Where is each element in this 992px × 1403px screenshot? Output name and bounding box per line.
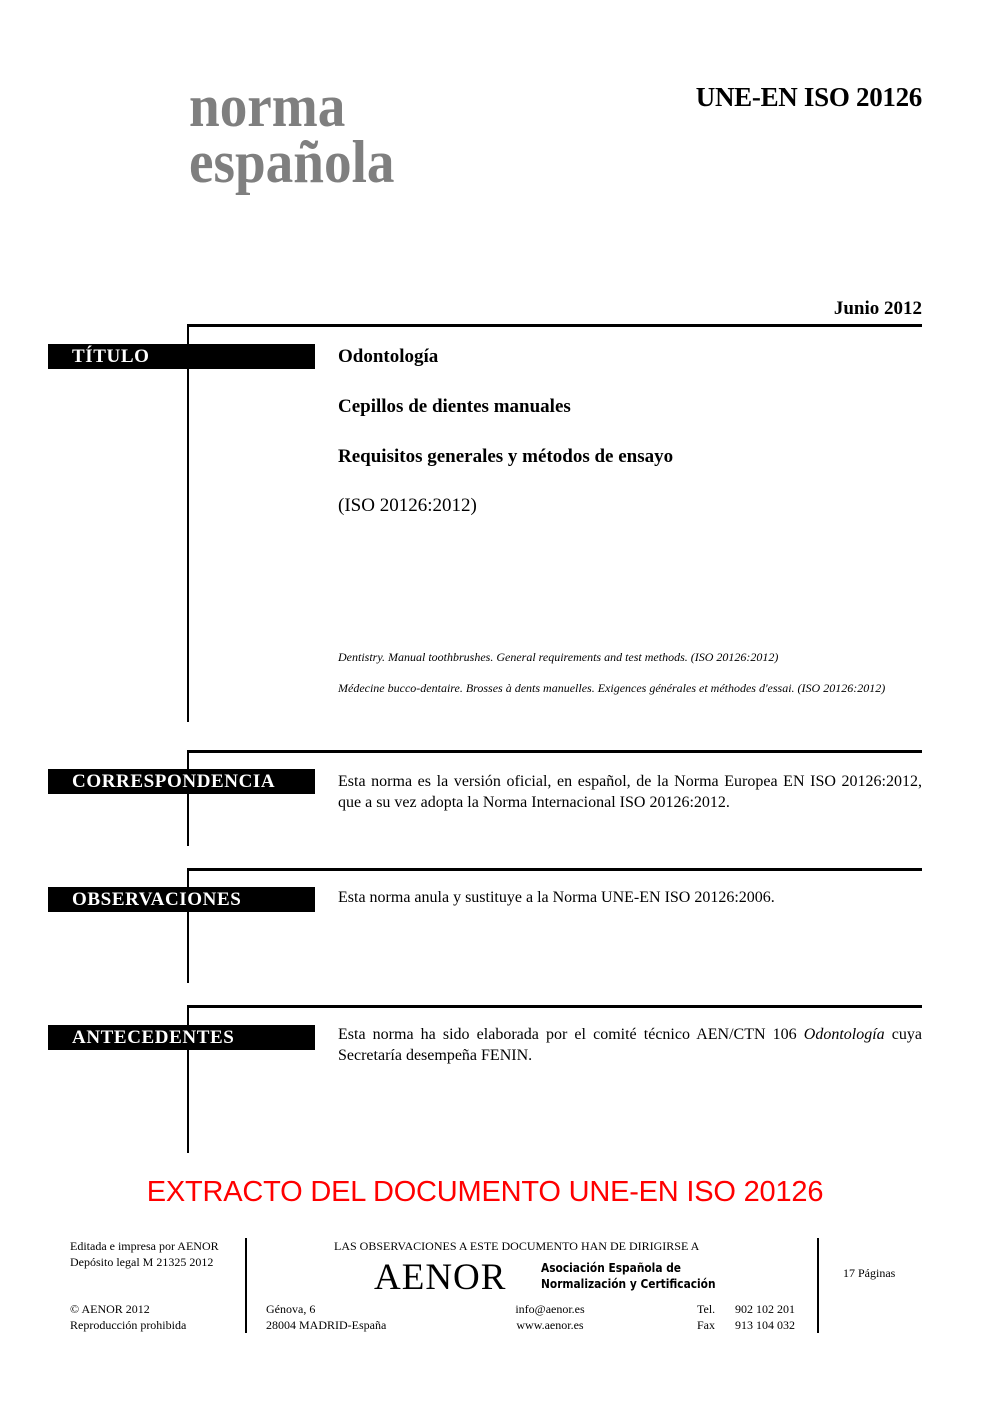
- observations-notice: LAS OBSERVACIONES A ESTE DOCUMENTO HAN D…: [334, 1238, 699, 1254]
- aenor-org-name: Asociación Española de Normalización y C…: [541, 1260, 716, 1292]
- section-divider: [187, 868, 922, 871]
- section-label-observaciones: OBSERVACIONES: [48, 887, 315, 912]
- observaciones-text: Esta norma anula y sustituye a la Norma …: [338, 887, 922, 908]
- antecedentes-text: Esta norma ha sido elaborada por el comi…: [338, 1024, 922, 1066]
- footer-address: Génova, 6 28004 MADRID-España: [266, 1301, 386, 1333]
- footer-phone-values: 902 102 201 913 104 032: [735, 1301, 795, 1333]
- footer-divider: [817, 1238, 819, 1333]
- footer-phone-labels: Tel. Fax: [697, 1301, 715, 1333]
- footer-contact: info@aenor.es www.aenor.es: [510, 1301, 590, 1333]
- standard-code: UNE-EN ISO 20126: [696, 82, 922, 113]
- section-label-titulo: TÍTULO: [48, 344, 315, 369]
- aenor-logo: AENOR: [374, 1256, 506, 1299]
- section-divider: [187, 1005, 922, 1008]
- brand-title: norma española: [189, 78, 395, 190]
- english-title: Dentistry. Manual toothbrushes. General …: [338, 649, 922, 665]
- section-label-correspondencia: CORRESPONDENCIA: [48, 769, 315, 794]
- section-rule: [187, 324, 189, 722]
- iso-reference: (ISO 20126:2012): [338, 495, 922, 516]
- title-line-3: Requisitos generales y métodos de ensayo: [338, 446, 922, 467]
- footer-divider: [245, 1238, 247, 1333]
- email-link[interactable]: info@aenor.es: [510, 1301, 590, 1317]
- publication-date: Junio 2012: [834, 298, 922, 320]
- title-line-1: Odontología: [338, 346, 922, 367]
- website-link[interactable]: www.aenor.es: [510, 1317, 590, 1333]
- extract-notice: EXTRACTO DEL DOCUMENTO UNE-EN ISO 20126: [0, 1176, 970, 1209]
- french-title: Médecine bucco-dentaire. Brosses à dents…: [338, 680, 922, 696]
- footer-copyright: © AENOR 2012 Reproducción prohibida: [70, 1301, 186, 1333]
- title-line-2: Cepillos de dientes manuales: [338, 396, 922, 417]
- page-count: 17 Páginas: [843, 1265, 895, 1281]
- footer-edition-info: Editada e impresa por AENOR Depósito leg…: [70, 1238, 219, 1270]
- committee-name: Odontología: [804, 1026, 885, 1043]
- section-divider: [187, 750, 922, 753]
- brand-line-2: española: [189, 134, 395, 190]
- section-rule: [187, 750, 189, 846]
- correspondencia-text: Esta norma es la versión oficial, en esp…: [338, 771, 922, 813]
- section-label-antecedentes: ANTECEDENTES: [48, 1025, 315, 1050]
- section-rule: [187, 868, 189, 983]
- brand-line-1: norma: [189, 78, 395, 134]
- section-divider: [187, 324, 922, 327]
